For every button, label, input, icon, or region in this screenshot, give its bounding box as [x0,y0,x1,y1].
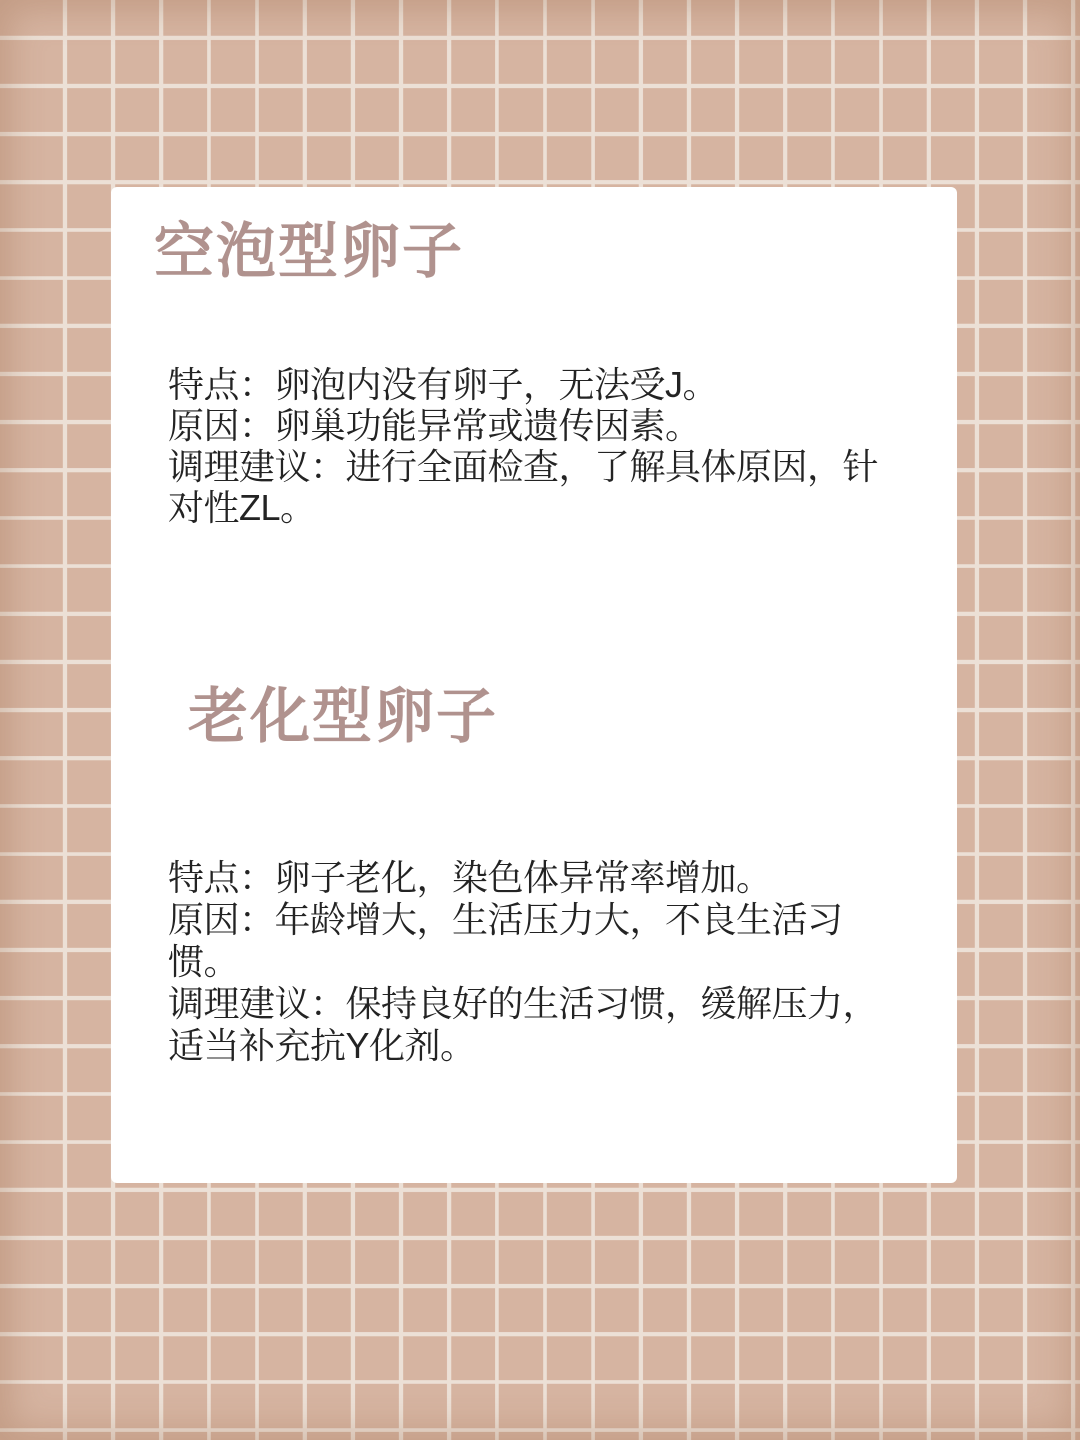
section-title-vacuole-egg: 空泡型卵子 [154,220,464,284]
section-body-vacuole-egg: 特点：卵泡内没有卵子，无法受J。 原因：卵巢功能异常或遗传因素。 调理建议：进行… [168,364,878,528]
body-line: 适当补充抗Y化剂。 [168,1025,878,1067]
body-line: 特点：卵子老化，染色体异常率增加。 [168,857,878,899]
body-line: 原因：卵巢功能异常或遗传因素。 [168,405,878,446]
body-line: 对性ZL。 [168,487,878,528]
body-line: 调理建议：保持良好的生活习惯，缓解压力， [168,983,878,1025]
tiled-background: 空泡型卵子 特点：卵泡内没有卵子，无法受J。 原因：卵巢功能异常或遗传因素。 调… [0,0,1080,1440]
section-title-aging-egg: 老化型卵子 [188,685,498,749]
section-body-aging-egg: 特点：卵子老化，染色体异常率增加。 原因：年龄增大，生活压力大，不良生活习 惯。… [168,857,878,1067]
body-line: 调理建议：进行全面检查，了解具体原因，针 [168,446,878,487]
content-card: 空泡型卵子 特点：卵泡内没有卵子，无法受J。 原因：卵巢功能异常或遗传因素。 调… [111,187,957,1183]
body-line: 特点：卵泡内没有卵子，无法受J。 [168,364,878,405]
body-line: 原因：年龄增大，生活压力大，不良生活习 [168,899,878,941]
body-line: 惯。 [168,941,878,983]
